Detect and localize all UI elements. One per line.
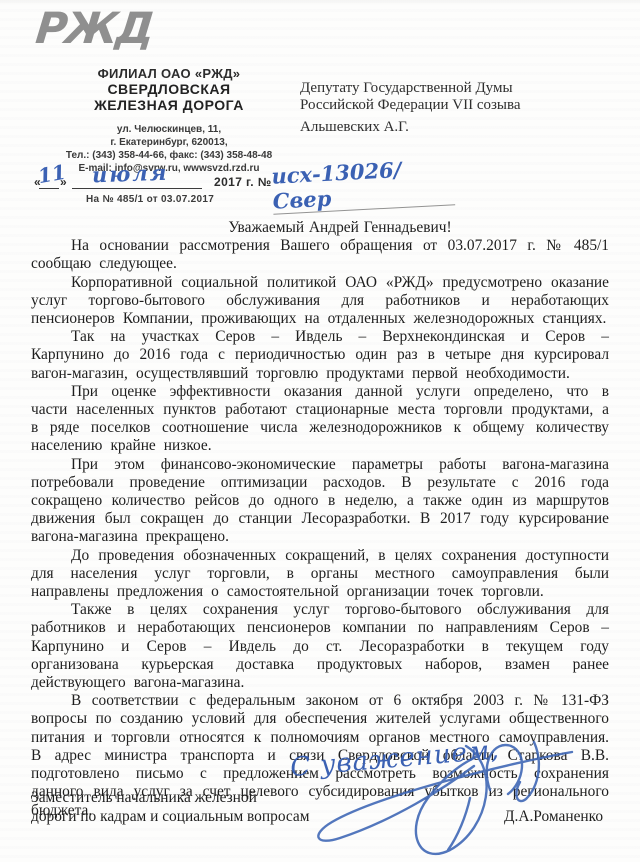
- month-blank-line: июля: [72, 166, 202, 189]
- paragraph-3: Так на участках Серов – Ивдель – Верхнек…: [31, 328, 609, 383]
- rzd-logo: РЖД: [33, 4, 155, 54]
- letterhead-address-city: г. Екатеринбург, 620013,: [18, 136, 320, 149]
- paragraph-1: На основании рассмотрения Вашего обращен…: [31, 237, 609, 273]
- handwritten-month: июля: [92, 160, 169, 188]
- paragraph-5: При этом финансово-экономические парамет…: [31, 456, 609, 547]
- letterhead-filial: ФИЛИАЛ ОАО «РЖД»: [18, 66, 320, 81]
- signer-position: Заместитель начальника железной дороги п…: [31, 788, 371, 826]
- paragraph-6: До проведения обозначенных сокращений, в…: [31, 547, 609, 602]
- addressee-name: Альшевских А.Г.: [300, 119, 560, 136]
- paragraph-2: Корпоративной социальной политикой ОАО «…: [31, 274, 609, 329]
- signer-position-line1: Заместитель начальника железной: [31, 788, 371, 807]
- addressee-block: Депутату Государственной Думы Российской…: [300, 80, 560, 136]
- addressee-line1: Депутату Государственной Думы: [300, 80, 560, 97]
- letterhead-org-line1: СВЕРДЛОВСКАЯ: [18, 82, 320, 97]
- scanned-letter-page: РЖД ФИЛИАЛ ОАО «РЖД» СВЕРДЛОВСКАЯ ЖЕЛЕЗН…: [0, 0, 640, 862]
- paragraph-4: При оценке эффективности оказания данной…: [31, 383, 609, 456]
- year-number-label: 2017 г. №: [214, 175, 271, 189]
- letter-body: Уважаемый Андрей Геннадьевич! На основан…: [31, 219, 609, 820]
- salutation: Уважаемый Андрей Геннадьевич!: [31, 219, 609, 237]
- reference-line: На № 485/1 от 03.07.2017: [86, 194, 214, 205]
- addressee-line2: Российской Федерации VII созыва: [300, 97, 560, 114]
- signer-name: Д.А.Романенко: [504, 808, 603, 826]
- letterhead-address-street: ул. Челюскинцев, 11,: [18, 123, 320, 136]
- signer-position-line2: дороги по кадрам и социальным вопросам: [31, 807, 371, 826]
- paragraph-7: Также в целях сохранения услуг торгово-б…: [31, 601, 609, 692]
- close-quote: »: [60, 175, 67, 189]
- handwritten-outgoing-number: исх-13026/Свер: [271, 154, 455, 214]
- letterhead-org-line2: ЖЕЛЕЗНАЯ ДОРОГА: [18, 98, 320, 113]
